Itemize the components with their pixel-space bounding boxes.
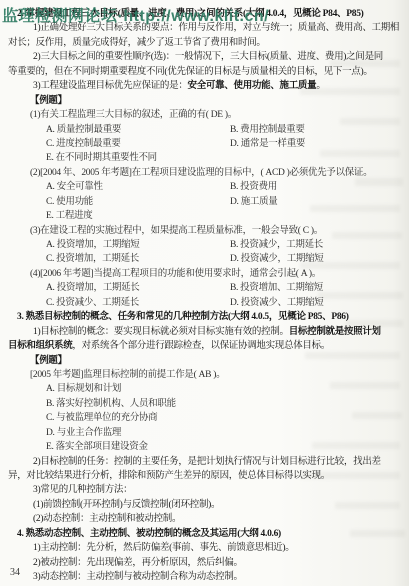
option-a: A. 投资增加，工期延长 xyxy=(46,281,230,295)
question-5-option-e: E. 落实全部项目建设资金 xyxy=(8,440,404,454)
option-d: D. 与业主合作监理 xyxy=(46,426,121,440)
question-3: (3)在建设工程的实施过程中，如果提高工程质量标准，一般会导致( C )。 xyxy=(8,224,404,238)
dynamic-control-line: (2)动态控制：主动控制和被动控制。 xyxy=(8,512,404,526)
question-5-option-c: C. 与被监理单位的充分协商 xyxy=(8,411,404,425)
point3-text: 3)工程建设监理目标优先应保证的是： xyxy=(33,81,188,91)
scanned-document-page: 监理检测网论坛·http://www.klit.cn/ 2. 掌握建设工程三大目… xyxy=(0,0,409,586)
option-d: D. 投资减少，工期缩短 xyxy=(230,252,324,266)
option-e: E. 在不同时期其重要性不同 xyxy=(46,151,157,165)
example-title-1: 【例题】 xyxy=(8,94,404,108)
question-1-option-e: E. 在不同时期其重要性不同 xyxy=(8,151,404,165)
question-1-options-cd: C. 进度控制最重要D. 通常是一样重要 xyxy=(8,137,404,151)
option-b: B. 投资费用 xyxy=(230,180,277,194)
question-2-option-e: E. 工程进度 xyxy=(8,209,404,223)
document-body: 2. 掌握建设工程三大目标(质量、进度、费用)之间的关系(大纲 4.0.4，见概… xyxy=(8,7,404,585)
passive-control-line: 2)被动控制：先出现偏差，再分析原因，然后纠偏。 xyxy=(8,556,404,570)
target-control-concept-line2: 目标和组织系统，对系统各个部分进行跟踪检查，以保证协调地实现总体目标。 xyxy=(8,339,404,353)
question-5-option-a: A. 目标规划和计划 xyxy=(8,382,404,396)
option-c: C. 投资增加，工期延长 xyxy=(46,252,230,266)
syllabus-heading-target-control: 3. 熟悉目标控制的概念、任务和常见的几种控制方法(大纲 4.0.5，见概论 P… xyxy=(8,310,404,324)
concept-text: 1)目标控制的概念：要实现目标就必须对目标实施有效的控制。 xyxy=(33,327,289,337)
option-a: A. 质量控制最重要 xyxy=(46,123,230,137)
option-c: C. 与被监理单位的充分协商 xyxy=(46,411,157,425)
active-control-line: 1)主动控制：先分析，然后防偏差(事前、事先、前馈意思相近)。 xyxy=(8,541,404,555)
control-methods-intro: 3)常见的几种控制方法： xyxy=(8,483,404,497)
target-control-task-line2: 异，对比较结果进行分析，排除和预防产生差异的原因，使总体目标得以实现。 xyxy=(8,469,404,483)
question-4-options-cd: C. 投资减少、工期延长D. 投资减少、工期缩短 xyxy=(8,296,404,310)
point2-line2: 等重要的，但在不同时期重要程度不同(优先保证的目标是与质量相关的目标，见下一点)… xyxy=(8,65,404,79)
question-2-options-ab: A. 安全可靠性B. 投资费用 xyxy=(8,180,404,194)
concept-rest: ，对系统各个部分进行跟踪检查，以保证协调地实现总体目标。 xyxy=(72,341,330,351)
point2-line1: 2)三大目标之间的重要性顺序(选)：一般情况下，三大目标(质量、进度、费用)之间… xyxy=(8,50,404,64)
question-1: (1)有关工程监理三大目标的叙述，正确的有( DE )。 xyxy=(8,108,404,122)
point3-period: 。 xyxy=(316,81,325,91)
option-b: B. 落实好控制机构、人员和职能 xyxy=(46,397,176,411)
question-5-option-b: B. 落实好控制机构、人员和职能 xyxy=(8,397,404,411)
option-b: B. 投资增加、工期缩短 xyxy=(230,281,323,295)
syllabus-heading-dynamic-control: 4. 熟悉动态控制、主动控制、被动控制的概念及其运用(大纲 4.0.6) xyxy=(8,527,404,541)
question-4-options-ab: A. 投资增加，工期延长B. 投资增加、工期缩短 xyxy=(8,281,404,295)
example-title-2: 【例题】 xyxy=(8,354,404,368)
option-b: B. 投资减少，工期延长 xyxy=(230,238,323,252)
question-1-options-ab: A. 质量控制最重要B. 费用控制最重要 xyxy=(8,123,404,137)
concept-bold-tail: 目标控制就是按照计划 xyxy=(289,327,381,337)
question-3-options-cd: C. 投资增加，工期延长D. 投资减少，工期缩短 xyxy=(8,252,404,266)
option-a: A. 投资增加，工期缩短 xyxy=(46,238,230,252)
question-2: (2)[2004 年、2005 年考题]在工程项目建设监理的目标中，( ACD … xyxy=(8,166,404,180)
forum-watermark: 监理检测网论坛·http://www.klit.cn/ xyxy=(2,3,269,26)
option-c: C. 进度控制最重要 xyxy=(46,137,230,151)
page-number: 34 xyxy=(10,567,20,578)
option-a: A. 目标规划和计划 xyxy=(46,382,121,396)
option-e: E. 落实全部项目建设资金 xyxy=(46,440,148,454)
question-2-options-cd: C. 使用功能D. 施工质量 xyxy=(8,195,404,209)
option-c: C. 使用功能 xyxy=(46,195,230,209)
option-d: D. 施工质量 xyxy=(230,195,278,209)
point3-line: 3)工程建设监理目标优先应保证的是：安全可靠、使用功能、施工质量。 xyxy=(8,79,404,93)
option-a: A. 安全可靠性 xyxy=(46,180,230,194)
option-d: D. 通常是一样重要 xyxy=(230,137,305,151)
option-b: B. 费用控制最重要 xyxy=(230,123,305,137)
question-4: (4)[2006 年考题]当提高工程项目的功能和使用要求时，通常会引起( A )… xyxy=(8,267,404,281)
concept-bold-head: 目标和组织系统 xyxy=(8,341,72,351)
option-d: D. 投资减少、工期缩短 xyxy=(230,296,324,310)
target-control-concept-line1: 1)目标控制的概念：要实现目标就必须对目标实施有效的控制。目标控制就是按照计划 xyxy=(8,325,404,339)
option-c: C. 投资减少、工期延长 xyxy=(46,296,230,310)
point1-line2: 对长；反作用，质量完成得好，减少了返工节省了费用和时间。 xyxy=(8,36,404,50)
feedforward-feedback-line: (1)前馈控制(开环控制)与反馈控制(闭环控制)。 xyxy=(8,498,404,512)
question-5-option-d: D. 与业主合作监理 xyxy=(8,426,404,440)
dynamic-control-def-line: 3)动态控制：主动控制与被动控制合称为动态控制。 xyxy=(8,570,404,584)
question-5: [2005 年考题]监理目标控制的前提工作是( AB )。 xyxy=(8,368,404,382)
question-3-options-ab: A. 投资增加，工期缩短B. 投资减少，工期延长 xyxy=(8,238,404,252)
target-control-task-line1: 2)目标控制的任务：控制的主要任务，是把计划执行情况与计划目标进行比较，找出差 xyxy=(8,455,404,469)
option-e: E. 工程进度 xyxy=(46,209,92,223)
point3-bold-answer: 安全可靠、使用功能、施工质量 xyxy=(188,81,317,91)
